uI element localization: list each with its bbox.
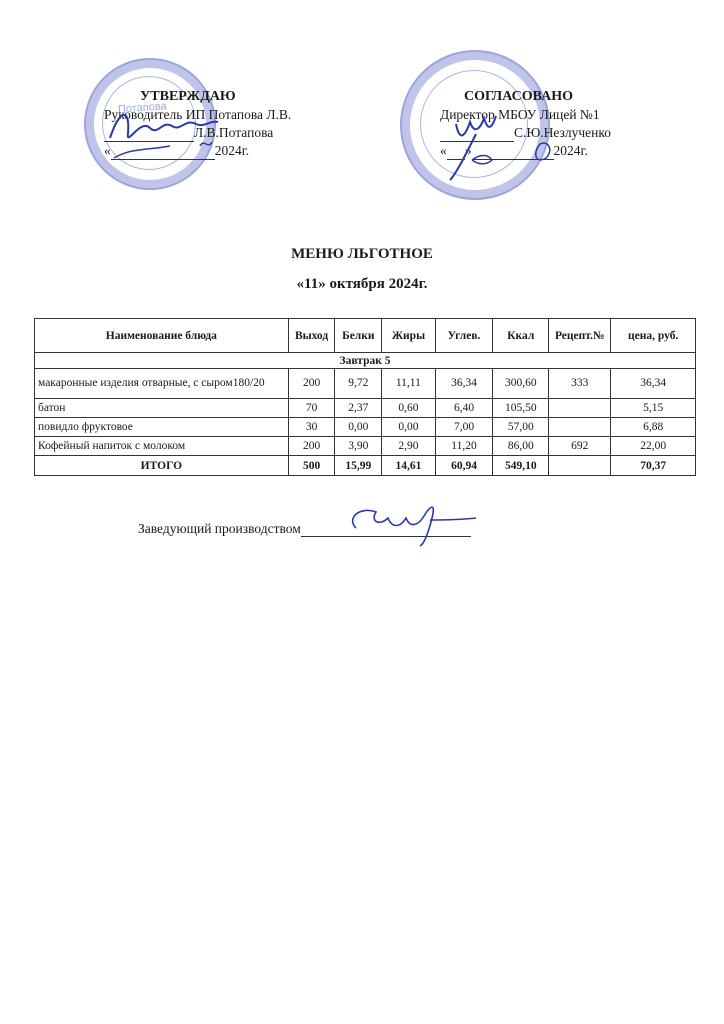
table-row: Кофейный напиток с молоком 200 3,90 2,90… bbox=[35, 437, 696, 456]
col-header-carbs: Углев. bbox=[435, 319, 493, 353]
table-row: макаронные изделия отварные, с сыром180/… bbox=[35, 369, 696, 399]
col-header-dish: Наименование блюда bbox=[35, 319, 289, 353]
total-row: ИТОГО 500 15,99 14,61 60,94 549,10 70,37 bbox=[35, 456, 696, 476]
approval-signature bbox=[100, 98, 230, 168]
col-header-kcal: Ккал bbox=[493, 319, 549, 353]
col-header-protein: Белки bbox=[335, 319, 382, 353]
col-header-output: Выход bbox=[288, 319, 335, 353]
table-header-row: Наименование блюда Выход Белки Жиры Угле… bbox=[35, 319, 696, 353]
agreement-signature bbox=[436, 104, 566, 184]
table-row: батон 70 2,37 0,60 6,40 105,50 5,15 bbox=[35, 399, 696, 418]
col-header-fat: Жиры bbox=[382, 319, 435, 353]
production-manager-signature bbox=[340, 498, 480, 548]
section-row: Завтрак 5 bbox=[35, 353, 696, 369]
production-manager-label: Заведующий производством bbox=[138, 521, 301, 536]
col-header-recipe: Рецепт.№ bbox=[549, 319, 611, 353]
table-row: повидло фруктовое 30 0,00 0,00 7,00 57,0… bbox=[35, 418, 696, 437]
document-date: «11» октября 2024г. bbox=[0, 276, 724, 293]
section-title: Завтрак 5 bbox=[35, 353, 696, 369]
col-header-price: цена, руб. bbox=[611, 319, 696, 353]
document-title: МЕНЮ ЛЬГОТНОЕ bbox=[0, 246, 724, 263]
menu-table: Наименование блюда Выход Белки Жиры Угле… bbox=[34, 318, 696, 476]
